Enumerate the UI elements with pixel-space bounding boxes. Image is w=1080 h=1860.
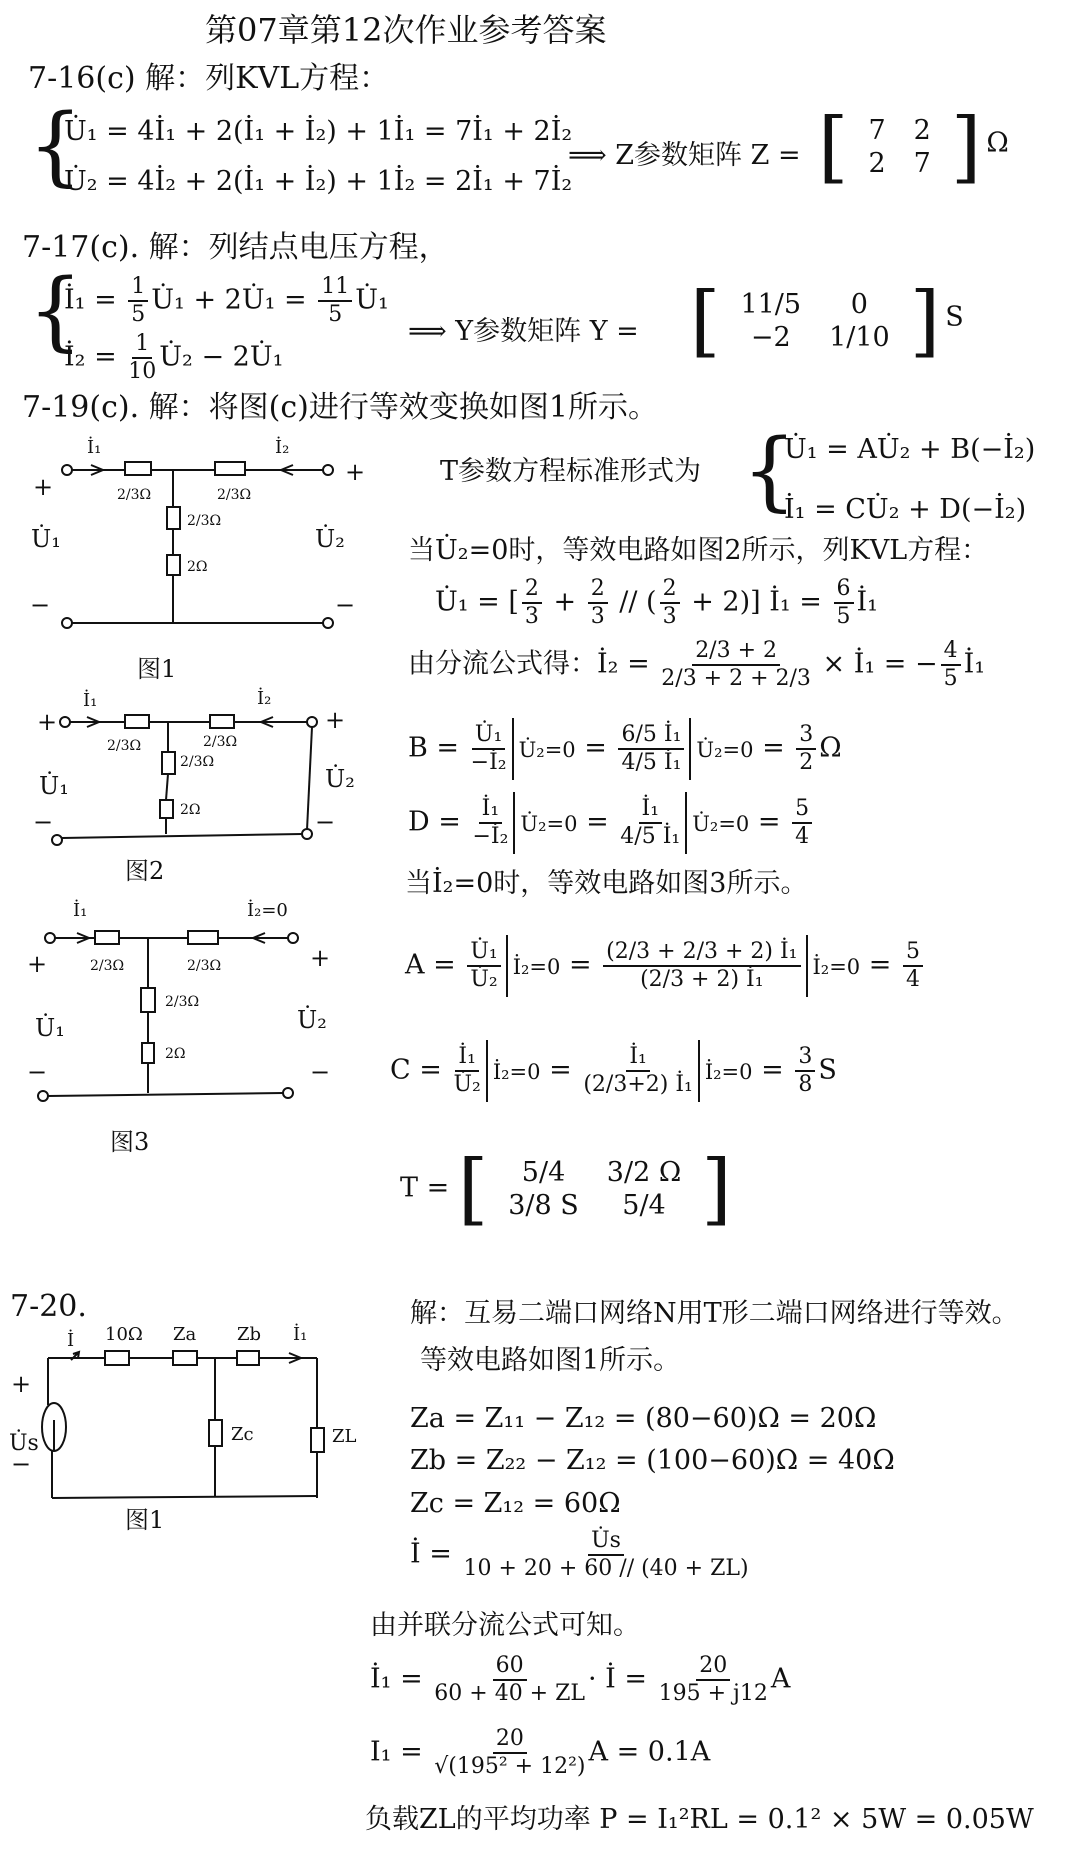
svg-text:−: −: [310, 1058, 330, 1086]
kvl-equation-1: U̇₁ = 4İ₁ + 2(İ₁ + İ₂) + 1İ₁ = 7İ₁ + 2İ₂: [64, 118, 572, 145]
svg-text:İ₂: İ₂: [275, 435, 289, 458]
svg-text:2Ω: 2Ω: [180, 802, 201, 818]
svg-text:−: −: [315, 808, 335, 836]
zc-equation: Zc = Z₁₂ = 60Ω: [410, 1490, 621, 1517]
svg-text:图1: 图1: [125, 1506, 164, 1534]
svg-text:2/3Ω: 2/3Ω: [203, 734, 237, 750]
current-divider-note: 由并联分流公式可知。: [370, 1612, 640, 1639]
svg-text:+: +: [27, 950, 47, 978]
problem-intro: 7-19(c). 解：将图(c)进行等效变换如图1所示。: [22, 393, 658, 423]
solution-intro-1: 解：互易二端口网络N用T形二端口网络进行等效。: [410, 1300, 1019, 1327]
svg-text:İ₁: İ₁: [73, 898, 87, 921]
svg-text:图1: 图1: [137, 655, 176, 683]
svg-text:+: +: [325, 706, 345, 734]
svg-text:Za: Za: [173, 1324, 197, 1345]
svg-text:+: +: [310, 944, 330, 972]
svg-text:+: +: [33, 473, 53, 501]
average-power-equation: 负载ZL的平均功率 P = I₁²RL = 0.1² × 5W = 0.05W: [365, 1806, 1034, 1833]
i1-equation: İ₁ = 6060 + 40 + ZL· İ = 20195 + j12A: [370, 1655, 790, 1705]
svg-text:+: +: [345, 458, 365, 486]
y-matrix: [ 11/50 −21/10 ] S: [690, 282, 964, 360]
svg-text:−: −: [27, 1058, 47, 1086]
current-divider-equation: 由分流公式得：İ₂ = 2/3 + 22/3 + 2 + 2/3 × İ₁ = …: [408, 640, 985, 690]
case-u2-zero: 当U̇₂=0时，等效电路如图2所示，列KVL方程：: [408, 537, 988, 564]
a-parameter: A = U̇₁U̇₂İ₂=0 = (2/3 + 2/3 + 2) İ₁(2/3 …: [405, 935, 926, 997]
svg-text:−: −: [335, 591, 355, 619]
zb-equation: Zb = Z₂₂ − Z₁₂ = (100−60)Ω = 40Ω: [410, 1447, 895, 1474]
circuit-figure-3: İ₁ İ₂=0 2/3Ω 2/3Ω 2/3Ω 2Ω + + U̇₁ U̇₂ − …: [25, 888, 365, 1158]
solution-intro-2: 等效电路如图1所示。: [420, 1347, 680, 1374]
circuit-figure-7-20: İ 10Ω Za Zb İ₁ Zc ZL + U̇s − 图1: [5, 1320, 375, 1540]
svg-text:图2: 图2: [125, 857, 164, 885]
svg-text:U̇₂: U̇₂: [315, 525, 345, 553]
z-result-label: ⟹ Z参数矩阵 Z =: [568, 142, 801, 169]
problem-intro: 7-16(c) 解：列KVL方程：: [28, 64, 389, 94]
d-parameter: D = İ₁−İ₂U̇₂=0 = İ₁4/5 İ₁U̇₂=0 = 54: [408, 792, 815, 854]
node-equation-1: İ₁ = 15U̇₁ + 2U̇₁ = 115U̇₁: [64, 276, 389, 326]
svg-text:İ₂=0: İ₂=0: [247, 898, 288, 921]
svg-text:U̇₁: U̇₁: [31, 525, 61, 553]
svg-text:İ₁: İ₁: [293, 1322, 307, 1345]
svg-text:−: −: [30, 591, 50, 619]
svg-text:−: −: [33, 808, 53, 836]
i1-magnitude-equation: I₁ = 20√(195² + 12²)A = 0.1A: [370, 1728, 710, 1778]
node-equation-2: İ₂ = 110U̇₂ − 2U̇₁: [64, 333, 283, 383]
svg-text:2/3Ω: 2/3Ω: [187, 958, 221, 974]
svg-text:Zc: Zc: [231, 1424, 254, 1445]
svg-text:2Ω: 2Ω: [165, 1046, 186, 1062]
t-standard-eq-2: İ₁ = CU̇₂ + D(−İ₂): [784, 496, 1026, 523]
t-standard-form-label: T参数方程标准形式为: [440, 458, 701, 485]
t-standard-eq-1: U̇₁ = AU̇₂ + B(−İ₂): [784, 436, 1035, 463]
b-parameter: B = U̇₁−İ₂U̇₂=0 = 6/5 İ₁4/5 İ₁U̇₂=0 = 32…: [408, 718, 842, 780]
kvl-equation-2: U̇₂ = 4İ₂ + 2(İ₁ + İ₂) + 1İ₂ = 2İ₁ + 7İ₂: [64, 168, 572, 195]
c-parameter: C = İ₁U̇₂İ₂=0 = İ₁(2/3+2) İ₁İ₂=0 = 38S: [390, 1040, 837, 1102]
case-i2-zero: 当İ₂=0时，等效电路如图3所示。: [405, 870, 807, 897]
svg-text:İ: İ: [67, 1328, 74, 1351]
page-title: 第07章第12次作业参考答案: [205, 14, 606, 46]
svg-text:−: −: [11, 1450, 31, 1478]
svg-text:İ₁: İ₁: [83, 688, 97, 711]
kvl-equation: U̇₁ = [23 + 23 // (23 + 2)] İ₁ = 65İ₁: [435, 578, 878, 628]
svg-text:U̇₂: U̇₂: [297, 1006, 327, 1034]
svg-text:+: +: [11, 1370, 31, 1398]
circuit-figure-1: İ₁ İ₂ 2/3Ω 2/3Ω 2/3Ω 2Ω + + U̇₁ U̇₂ − − …: [25, 435, 365, 695]
svg-text:10Ω: 10Ω: [105, 1324, 143, 1345]
y-unit: S: [945, 302, 964, 333]
problem-id: 7-20.: [10, 1292, 87, 1322]
problem-intro: 7-17(c). 解：列结点电压方程，: [22, 233, 449, 263]
svg-text:U̇₁: U̇₁: [35, 1014, 65, 1042]
svg-text:2/3Ω: 2/3Ω: [165, 994, 199, 1010]
svg-text:+: +: [37, 708, 57, 736]
svg-text:2/3Ω: 2/3Ω: [90, 958, 124, 974]
total-current-equation: İ = U̇s10 + 20 + 60 // (40 + ZL): [410, 1530, 752, 1580]
za-equation: Za = Z₁₁ − Z₁₂ = (80−60)Ω = 20Ω: [410, 1405, 876, 1432]
svg-text:İ₁: İ₁: [87, 435, 101, 458]
svg-text:2/3Ω: 2/3Ω: [180, 754, 214, 770]
y-result-label: ⟹ Y参数矩阵 Y =: [408, 318, 639, 345]
svg-text:U̇₁: U̇₁: [39, 772, 69, 800]
svg-text:2/3Ω: 2/3Ω: [187, 513, 221, 529]
svg-text:ZL: ZL: [332, 1426, 357, 1447]
circuit-figure-2: İ₁ İ₂ 2/3Ω 2/3Ω 2/3Ω 2Ω + + U̇₁ U̇₂ − − …: [25, 682, 365, 882]
t-matrix: T = [ 5/43/2 Ω 3/8 S5/4 ]: [400, 1150, 732, 1228]
svg-text:2/3Ω: 2/3Ω: [117, 487, 151, 503]
svg-text:图3: 图3: [110, 1128, 149, 1156]
z-unit: Ω: [986, 128, 1008, 159]
svg-text:İ₂: İ₂: [257, 686, 271, 709]
svg-text:U̇₂: U̇₂: [325, 765, 355, 793]
z-matrix: [ 72 27 ] Ω: [818, 108, 1009, 186]
svg-text:2/3Ω: 2/3Ω: [217, 487, 251, 503]
svg-text:2/3Ω: 2/3Ω: [107, 738, 141, 754]
svg-text:2Ω: 2Ω: [187, 559, 208, 575]
svg-text:Zb: Zb: [237, 1324, 261, 1345]
